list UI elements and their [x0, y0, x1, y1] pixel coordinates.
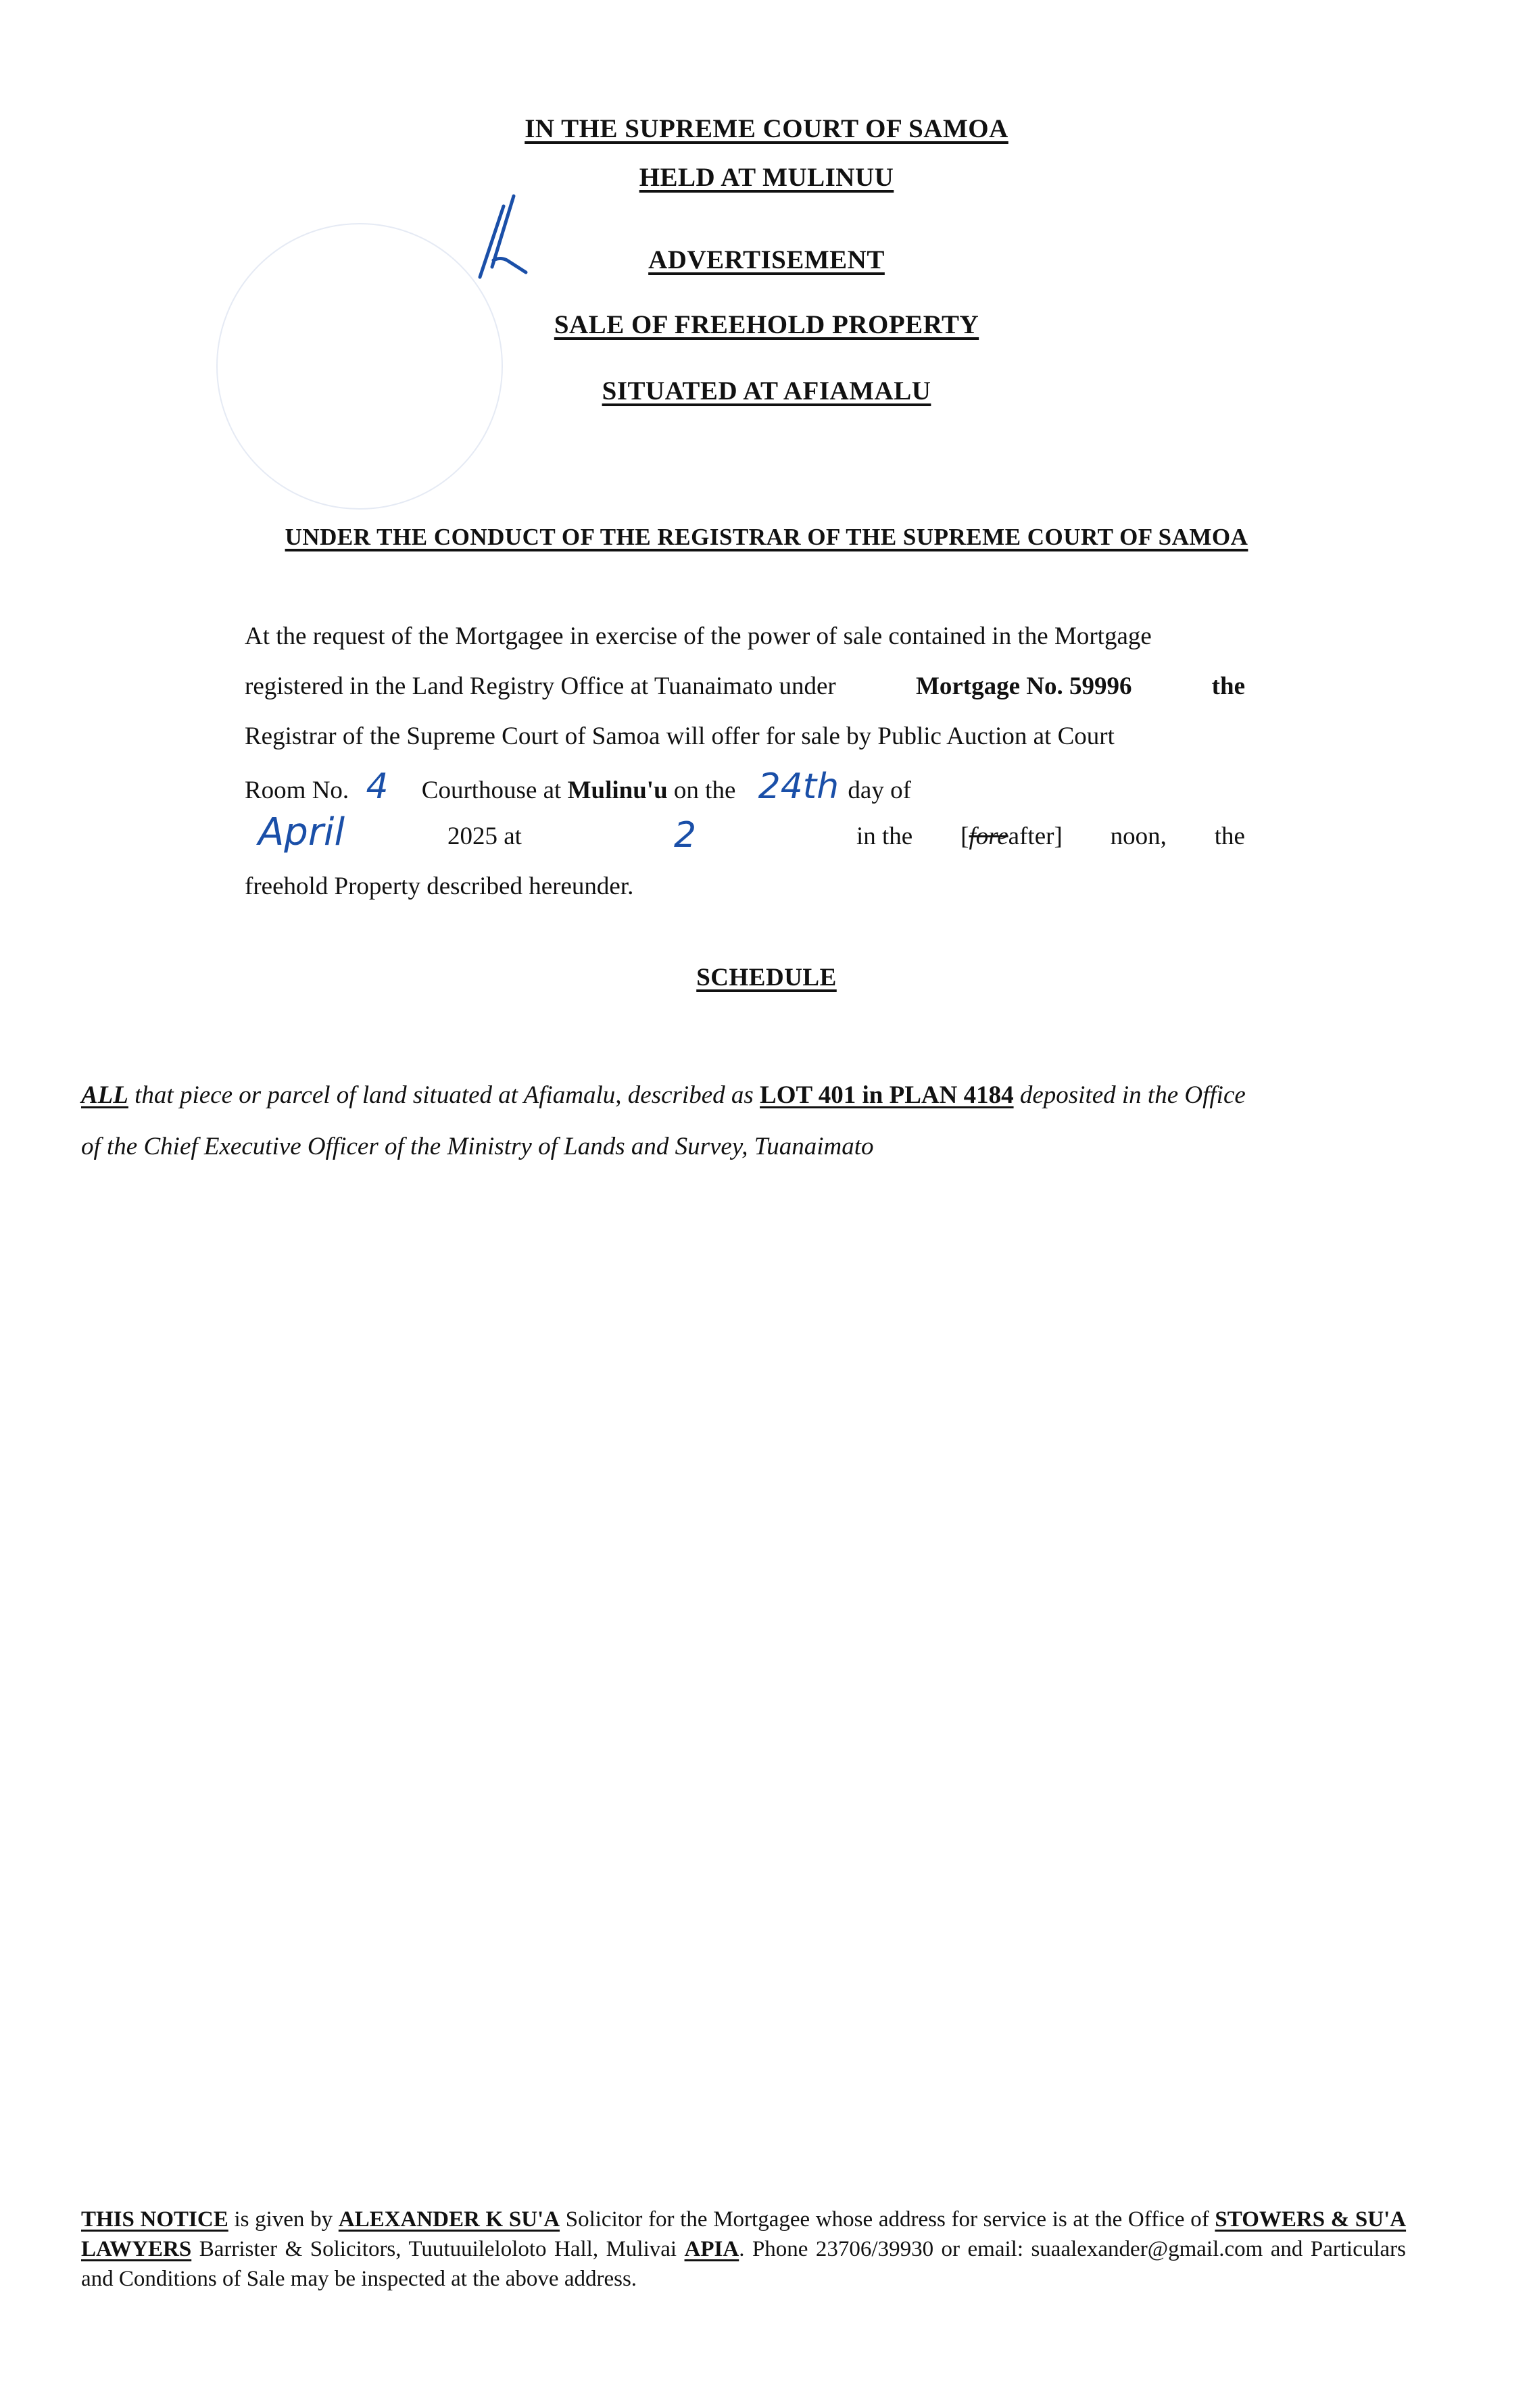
- paragraph-text: noon,: [1111, 812, 1167, 862]
- paragraph-text: At the request of the Mortgagee in exerc…: [245, 612, 1152, 662]
- schedule-text: of the Chief Executive Officer of the Mi…: [81, 1133, 874, 1160]
- auction-paragraph: At the request of the Mortgagee in exerc…: [245, 612, 1245, 912]
- schedule-text: that piece or parcel of land situated at…: [135, 1081, 754, 1109]
- paragraph-text: the: [1215, 812, 1245, 862]
- mortgage-number: Mortgage No. 59996: [916, 662, 1132, 712]
- schedule-text: deposited in the Office: [1020, 1081, 1246, 1109]
- time-handwritten: 2: [674, 810, 696, 860]
- notice-text: Barrister & Solicitors, Tuutuuileloloto …: [199, 2237, 677, 2261]
- paragraph-text: Courthouse at: [422, 777, 562, 804]
- fore-after-choice: [foreafter]: [960, 812, 1063, 862]
- notice-text: is given by: [234, 2207, 333, 2232]
- schedule-all: ALL: [81, 1081, 128, 1109]
- notice-paragraph: THIS NOTICE is given by ALEXANDER K SU'A…: [81, 2205, 1406, 2294]
- schedule-heading: SCHEDULE: [0, 963, 1533, 992]
- conduct-title: UNDER THE CONDUCT OF THE REGISTRAR OF TH…: [0, 524, 1533, 551]
- paragraph-text: 2025 at: [447, 812, 522, 862]
- after-text: after]: [1008, 822, 1063, 850]
- schedule-description: ALL that piece or parcel of land situate…: [81, 1070, 1446, 1173]
- room-number-handwritten: 4: [366, 766, 388, 807]
- this-notice: THIS NOTICE: [81, 2207, 228, 2232]
- paragraph-line: At the request of the Mortgagee in exerc…: [245, 612, 1245, 662]
- paragraph-line: Registrar of the Supreme Court of Samoa …: [245, 712, 1245, 762]
- paragraph-line: freehold Property described hereunder.: [245, 862, 1245, 912]
- month-handwritten: April: [258, 808, 345, 858]
- paragraph-text: freehold Property described hereunder.: [245, 873, 633, 900]
- paragraph-text: on the: [674, 777, 735, 804]
- held-at-title: HELD AT MULINUU: [0, 162, 1533, 193]
- room-label: Room No.: [245, 777, 349, 804]
- city: APIA: [685, 2237, 739, 2261]
- paragraph-text: registered in the Land Registry Office a…: [245, 662, 836, 712]
- location-title: SITUATED AT AFIAMALU: [0, 376, 1533, 406]
- struck-fore: fore: [969, 822, 1008, 850]
- paragraph-text: the: [1212, 662, 1245, 712]
- bracket: [: [960, 822, 969, 850]
- courthouse-place: Mulinu'u: [568, 777, 668, 804]
- paragraph-text: Registrar of the Supreme Court of Samoa …: [245, 712, 1115, 762]
- lot-plan: LOT 401 in PLAN 4184: [760, 1081, 1014, 1109]
- sale-title: SALE OF FREEHOLD PROPERTY: [0, 310, 1533, 340]
- advertisement-title: ADVERTISEMENT: [0, 245, 1533, 275]
- paragraph-line: registered in the Land Registry Office a…: [245, 662, 1245, 712]
- day-handwritten: 24th: [758, 766, 839, 807]
- paragraph-line: Room No. 4 Courthouse at Mulinu'u on the…: [245, 762, 1245, 812]
- paragraph-text: in the: [856, 812, 912, 862]
- court-title: IN THE SUPREME COURT OF SAMOA: [0, 114, 1533, 144]
- paragraph-text: day of: [848, 777, 911, 804]
- paragraph-line: April 2025 at 2 in the [foreafter] noon,…: [245, 812, 1245, 862]
- solicitor-name: ALEXANDER K SU'A: [339, 2207, 560, 2232]
- notice-text: Solicitor for the Mortgagee whose addres…: [566, 2207, 1209, 2232]
